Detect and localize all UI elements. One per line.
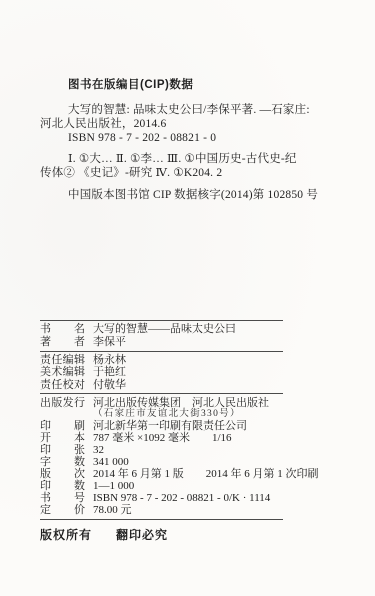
table-row: 美术编辑 于艳红 xyxy=(40,366,283,378)
publisher-address: （石家庄市友谊北大街330号） xyxy=(93,409,283,420)
row-label: 著者 xyxy=(40,336,85,349)
cip-bibliographic-entry: 大写的智慧: 品味太史公曰/李保平著. —石家庄: 河北人民出版社，2014.6… xyxy=(40,103,340,145)
row-value: 32 xyxy=(93,444,283,456)
row-value: 于艳红 xyxy=(93,366,283,378)
table-row: 印刷 河北新华第一印刷有限责任公司 xyxy=(40,420,283,432)
cip-heading: 图书在版编目(CIP)数据 xyxy=(40,78,340,92)
cip-class-line-2: 传体② 《史记》-研究 Ⅳ. ①K204. 2 xyxy=(40,167,340,181)
row-label: 印数 xyxy=(40,480,85,492)
row-label: 责任编辑 xyxy=(40,354,85,366)
table-row: 印张 32 xyxy=(40,444,283,456)
cip-classification: Ⅰ. ①大… Ⅱ. ①李… Ⅲ. ①中国历史-古代史-纪 传体② 《史记》-研究… xyxy=(40,153,340,180)
row-label: 出版发行 xyxy=(40,397,85,409)
row-label: 字数 xyxy=(40,456,85,468)
book-copyright-page: 图书在版编目(CIP)数据 大写的智慧: 品味太史公曰/李保平著. —石家庄: … xyxy=(0,0,375,596)
row-value: 河北出版传媒集团 河北人民出版社 xyxy=(93,397,283,409)
row-value: 杨永林 xyxy=(93,354,283,366)
table-row: 责任校对 付敬华 xyxy=(40,379,283,391)
row-value: 1—1 000 xyxy=(93,480,283,492)
row-value: 2014 年 6 月第 1 版 2014 年 6 月第 1 次印刷 xyxy=(93,468,319,480)
table-row: 书号 ISBN 978 - 7 - 202 - 08821 - 0/K · 11… xyxy=(40,492,283,504)
table-row: 开本 787 毫米 ×1092 毫米 1/16 xyxy=(40,432,283,444)
copyright-notice-left: 版权所有 xyxy=(40,528,92,542)
row-value: 付敬华 xyxy=(93,379,283,391)
colophon-table: 书名 大写的智慧——品味太史公曰 著者 李保平 责任编辑 杨永林 美术编辑 于艳… xyxy=(40,320,283,543)
row-value: 李保平 xyxy=(93,336,283,349)
cip-isbn-line: ISBN 978 - 7 - 202 - 08821 - 0 xyxy=(40,131,340,145)
row-value: 787 毫米 ×1092 毫米 1/16 xyxy=(93,432,283,444)
colophon-staff-section: 责任编辑 杨永林 美术编辑 于艳红 责任校对 付敬华 xyxy=(40,351,283,393)
table-row: 责任编辑 杨永林 xyxy=(40,354,283,366)
row-value: 大写的智慧——品味太史公曰 xyxy=(93,323,283,336)
cip-title-line-2: 河北人民出版社，2014.6 xyxy=(40,117,340,131)
table-row: 印数 1—1 000 xyxy=(40,480,283,492)
table-row: 版次 2014 年 6 月第 1 版 2014 年 6 月第 1 次印刷 xyxy=(40,468,283,480)
row-label: 版次 xyxy=(40,468,85,480)
row-value: 341 000 xyxy=(93,456,283,468)
row-label: 责任校对 xyxy=(40,379,85,391)
row-label: 印张 xyxy=(40,444,85,456)
table-row: 定价 78.00 元 xyxy=(40,504,283,516)
row-label: 开本 xyxy=(40,432,85,444)
colophon-printing-section: 出版发行 河北出版传媒集团 河北人民出版社 （石家庄市友谊北大街330号） 印刷… xyxy=(40,393,283,519)
cip-record-number: 中国版本图书馆 CIP 数据核字(2014)第 102850 号 xyxy=(40,188,340,202)
row-label: 书号 xyxy=(40,492,85,504)
copyright-notice-right: 翻印必究 xyxy=(116,528,168,542)
row-label: 印刷 xyxy=(40,420,85,432)
cip-class-line-1: Ⅰ. ①大… Ⅱ. ①李… Ⅲ. ①中国历史-古代史-纪 xyxy=(40,153,340,167)
table-row: 出版发行 河北出版传媒集团 河北人民出版社 xyxy=(40,397,283,409)
row-value: ISBN 978 - 7 - 202 - 08821 - 0/K · 1114 xyxy=(93,492,283,504)
copyright-notice: 版权所有翻印必究 xyxy=(40,519,283,543)
table-row: 字数 341 000 xyxy=(40,456,283,468)
cip-title-line-1: 大写的智慧: 品味太史公曰/李保平著. —石家庄: xyxy=(40,103,340,117)
cip-section: 图书在版编目(CIP)数据 大写的智慧: 品味太史公曰/李保平著. —石家庄: … xyxy=(40,78,340,202)
table-row: 书名 大写的智慧——品味太史公曰 xyxy=(40,323,283,336)
colophon-book-section: 书名 大写的智慧——品味太史公曰 著者 李保平 xyxy=(40,320,283,351)
table-row: 著者 李保平 xyxy=(40,336,283,349)
row-label: 书名 xyxy=(40,323,85,336)
row-value: 78.00 元 xyxy=(93,504,283,516)
row-value: 河北新华第一印刷有限责任公司 xyxy=(93,420,283,432)
row-label: 美术编辑 xyxy=(40,366,85,378)
row-label: 定价 xyxy=(40,504,85,516)
